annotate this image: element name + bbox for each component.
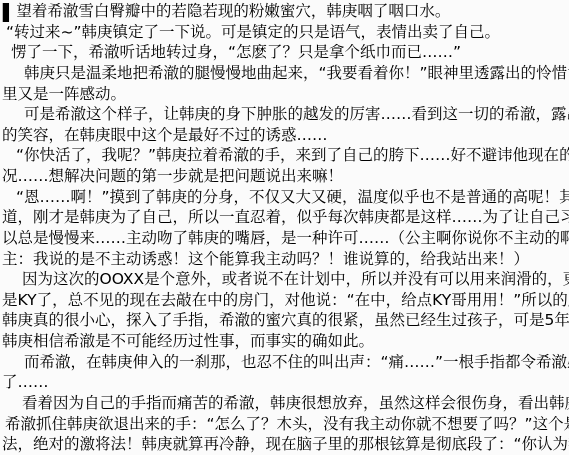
- text-cursor-bar: ▌: [3, 5, 15, 21]
- document-page: ▌望着希澈雪白臀瓣中的若隐若现的粉嫩蜜穴，韩庚咽了咽口水。 “转过来~”韩庚镇定…: [0, 0, 569, 455]
- text-line: 而希澈，在韩庚伸入的一刹那，也忍不住的叫出声：“痛……”一根手指都令希澈感觉痛: [0, 352, 569, 373]
- text-line: ▌望着希澈雪白臀瓣中的若隐若现的粉嫩蜜穴，韩庚咽了咽口水。: [0, 1, 569, 22]
- text-line: 是KY了，总不见的现在去敲在中的房门，对他说：“在中，给点KY哥用用！”所以的所…: [0, 290, 569, 311]
- text-line: 韩庚相信希澈是不可能经历过性事，而事实的确如此。: [0, 331, 569, 352]
- text-line: 况……想解决问题的第一步就是把问题说出来嘛！: [0, 166, 569, 187]
- text-line: 道，刚才是韩庚为了自己，所以一直忍着，似乎每次韩庚都是这样……为了让自己习惯，所: [0, 207, 569, 228]
- text-line: 里又是一阵感动。: [0, 84, 569, 105]
- text-line: 可是希澈这个样子，让韩庚的身下肿胀的越发的厉害……看到这一切的希澈，露出了妩媚: [0, 104, 569, 125]
- text-line: “转过来~”韩庚镇定了一下说。可是镇定的只是语气，表情出卖了自己。: [0, 22, 569, 43]
- text-line: 看着因为自己的手指而痛苦的希澈，韩庚很想放弃，虽然这样会很伤身，看出韩庚的想法，: [0, 393, 569, 414]
- text-line: 希澈抓住韩庚欲退出来的手：“怎么了？木头，没有我主动你就不想要了吗？”这个是激将: [0, 414, 569, 435]
- text-line: 法，绝对的激将法！韩庚就算再冷静，现在脑子里的那根铉算是彻底段了：“你认为我会放: [0, 434, 569, 455]
- text-line: 了……: [0, 372, 569, 393]
- text-line: 愣了一下，希澈听话地转过身，“怎麽了？只是拿个纸巾而已……”: [0, 42, 569, 63]
- text-line: 以总是慢慢来……主动吻了韩庚的嘴唇，是一种许可……（公主啊你说你不主动的啊！！！…: [0, 228, 569, 249]
- text-line: “恩……啊！”摸到了韩庚的分身，不仅又大又硬，温度似乎也不是普通的高呢！其实也知: [0, 187, 569, 208]
- text-line: 韩庚真的很小心，探入了手指，希澈的蜜穴真的很紧，虽然已经生过孩子，可是5年来，他: [0, 310, 569, 331]
- text-line: 韩庚只是温柔地把希澈的腿慢慢地曲起来，“我要看着你！”眼神里透露出的怜惜让希澈心: [0, 63, 569, 84]
- text-line: “你快活了，我呢？”韩庚拉着希澈的手，来到了自己的胯下……好不避讳他现在的状: [0, 145, 569, 166]
- text-line: 的笑容，在韩庚眼中这个是最好不过的诱惑……: [0, 125, 569, 146]
- text-line: 主：我说的是不主动诱惑！这个能算我主动吗？！谁说算的，给我站出来！）: [0, 249, 569, 270]
- text-line: 因为这次的OOXX是个意外，或者说不在计划中，所以并没有可以用来润滑的，更不要说: [0, 269, 569, 290]
- line-text: 望着希澈雪白臀瓣中的若隐若现的粉嫩蜜穴，韩庚咽了咽口水。: [16, 2, 450, 20]
